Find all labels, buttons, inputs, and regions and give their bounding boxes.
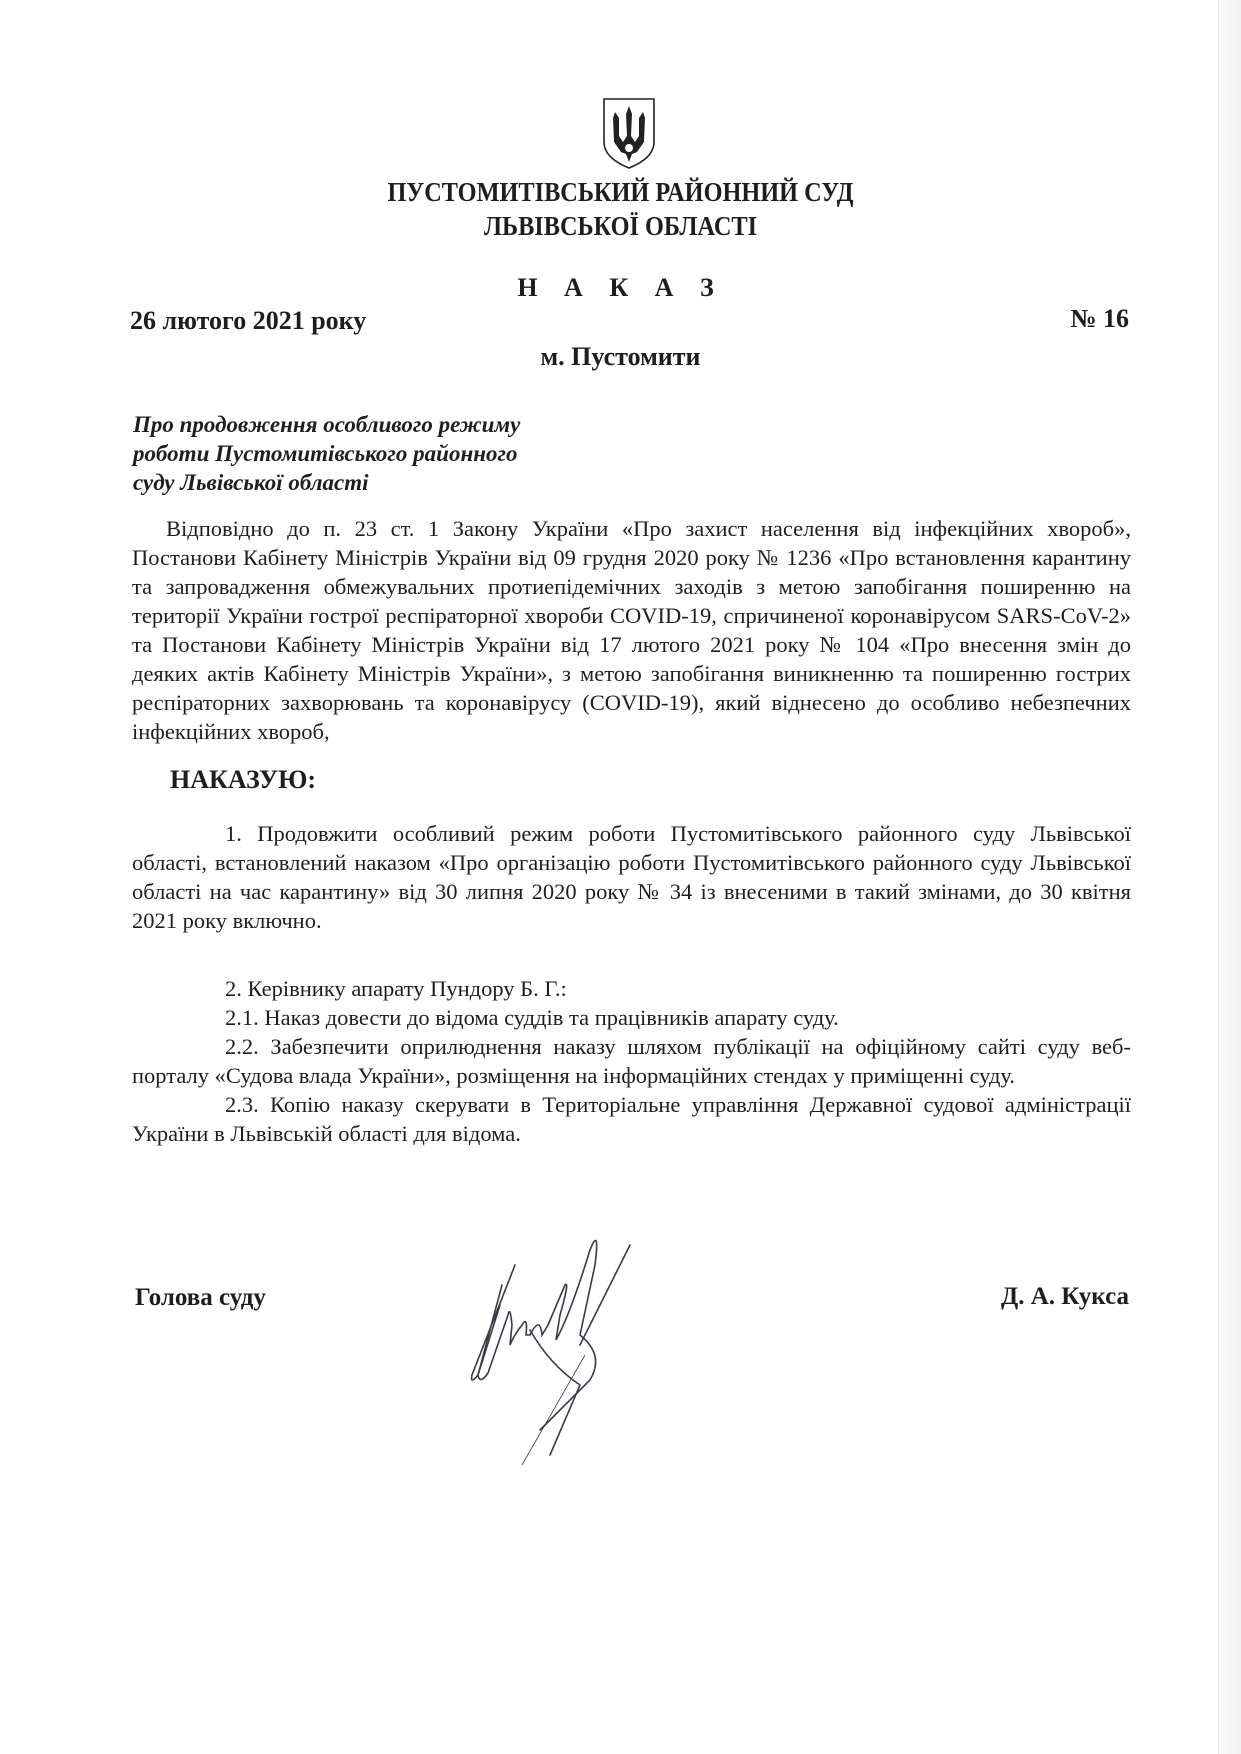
order-item-1: 1. Продовжити особливий режим роботи Пус… [132, 819, 1131, 935]
order-item-2: 2. Керівнику апарату Пундору Б. Г.: [132, 974, 1131, 1003]
order-subject: Про продовження особливого режиму роботи… [133, 410, 520, 497]
directive-heading: НАКАЗУЮ: [170, 765, 316, 795]
preamble-paragraph: Відповідно до п. 23 ст. 1 Закону України… [132, 514, 1131, 746]
order-item-2-block: 2. Керівнику апарату Пундору Б. Г.: 2.1.… [132, 974, 1131, 1148]
order-number: № 16 [1070, 304, 1129, 334]
handwritten-signature [430, 1225, 730, 1465]
court-name-line2: ЛЬВІВСЬКОЇ ОБЛАСТІ [62, 209, 1179, 243]
order-city: м. Пустомити [0, 342, 1241, 372]
paper-edge [1218, 0, 1241, 1754]
document-page: ПУСТОМИТІВСЬКИЙ РАЙОННИЙ СУД ЛЬВІВСЬКОЇ … [0, 0, 1241, 1754]
order-date: 26 лютого 2021 року [130, 306, 366, 336]
subject-line: суду Львівської області [133, 468, 520, 497]
court-name-line1: ПУСТОМИТІВСЬКИЙ РАЙОННИЙ СУД [62, 175, 1179, 209]
subject-line: Про продовження особливого режиму [133, 410, 520, 439]
subject-line: роботи Пустомитівського районного [133, 439, 520, 468]
signatory-title: Голова суду [135, 1284, 266, 1312]
trident-emblem-icon [601, 96, 657, 170]
order-item-2-3: 2.3. Копію наказу скерувати в Територіал… [132, 1090, 1131, 1148]
order-item-2-2: 2.2. Забезпечити оприлюднення наказу шля… [132, 1032, 1131, 1090]
signatory-name: Д. А. Кукса [1001, 1283, 1129, 1311]
order-item-2-1: 2.1. Наказ довести до відома суддів та п… [132, 1003, 1131, 1032]
document-type-heading: Н А К А З [0, 273, 1241, 303]
